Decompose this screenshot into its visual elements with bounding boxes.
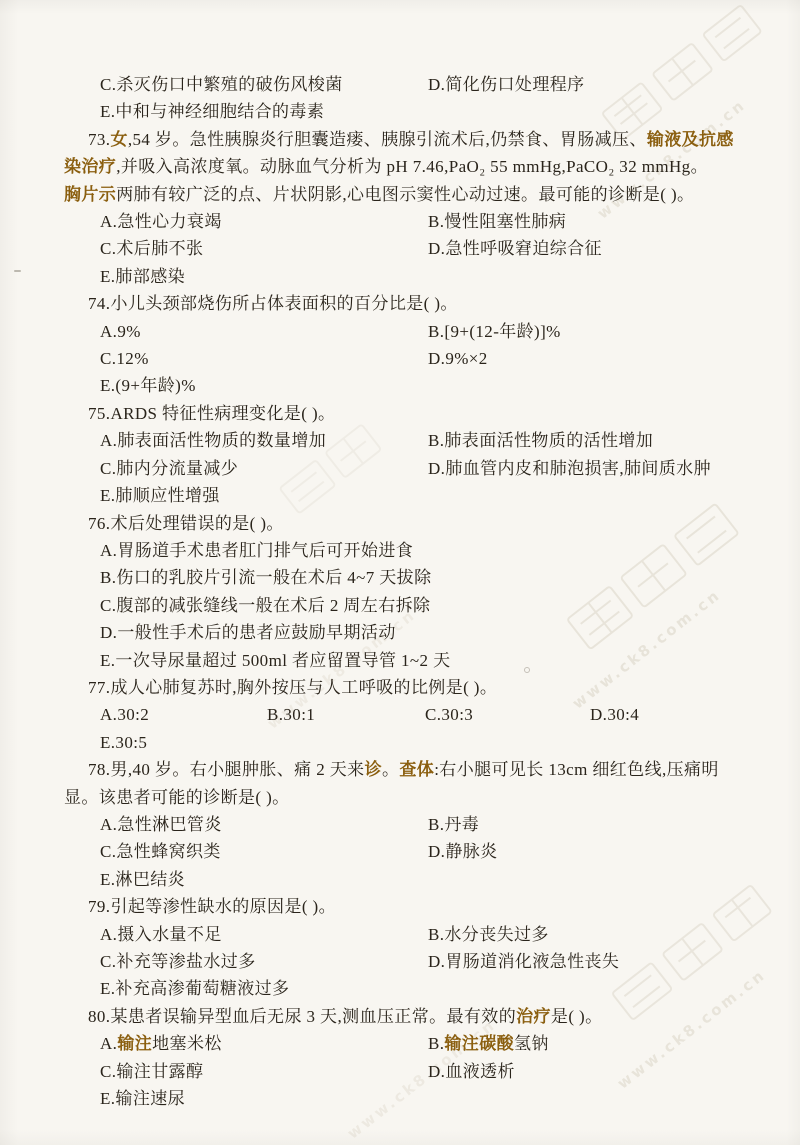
option-cell: C.输注甘露醇 <box>100 1058 203 1085</box>
text-row: 73.女,54 岁。急性胰腺炎行胆囊造瘘、胰腺引流术后,仍禁食、胃肠减压、输液及… <box>0 126 800 153</box>
text-segment: D.胃肠道消化液急性丧失 <box>428 952 619 971</box>
text-row: E.30:5 <box>0 729 800 756</box>
text-segment: C.输注甘露醇 <box>100 1062 203 1081</box>
text-segment: 77.成人心肺复苏时,胸外按压与人工呼吸的比例是( )。 <box>88 678 497 697</box>
text-segment: B. <box>428 1034 444 1053</box>
text-row: 76.术后处理错误的是( )。 <box>0 510 800 537</box>
text-row: A.急性心力衰竭B.慢性阻塞性肺病 <box>0 208 800 235</box>
accented-text: 输液及抗感 <box>647 130 734 149</box>
text-segment: C.肺内分流量减少 <box>100 459 238 478</box>
option-cell: C.腹部的减张缝线一般在术后 2 周左右拆除 <box>100 592 430 619</box>
option-cell: A.胃肠道手术患者肛门排气后可开始进食 <box>100 537 413 564</box>
question-stem-line: 78.男,40 岁。右小腿肿胀、痛 2 天来诊。查体:右小腿可见长 13cm 细… <box>88 756 719 783</box>
text-row: C.术后肺不张D.急性呼吸窘迫综合征 <box>0 235 800 262</box>
text-segment: A.30:2 <box>100 705 149 724</box>
text-row: C.腹部的减张缝线一般在术后 2 周左右拆除 <box>0 592 800 619</box>
option-cell: B.肺表面活性物质的活性增加 <box>428 427 653 454</box>
option-cell: A.输注地塞米松 <box>100 1030 222 1057</box>
text-segment: B.伤口的乳胶片引流一般在术后 4~7 天拔除 <box>100 568 432 587</box>
question-stem-line: 79.引起等渗性缺水的原因是( )。 <box>88 893 336 920</box>
text-segment: D.9%×2 <box>428 349 488 368</box>
exam-text: C.杀灭伤口中繁殖的破伤风梭菌D.简化伤口处理程序E.中和与神经细胞结合的毒素7… <box>0 71 800 1112</box>
text-row: C.肺内分流量减少D.肺血管内皮和肺泡损害,肺间质水肿 <box>0 455 800 482</box>
text-row: A.摄入水量不足B.水分丧失过多 <box>0 921 800 948</box>
option-cell: D.肺血管内皮和肺泡损害,肺间质水肿 <box>428 455 711 482</box>
question-stem-line: 73.女,54 岁。急性胰腺炎行胆囊造瘘、胰腺引流术后,仍禁食、胃肠减压、输液及… <box>88 126 734 153</box>
text-segment: C.30:3 <box>425 705 473 724</box>
text-row: C.杀灭伤口中繁殖的破伤风梭菌D.简化伤口处理程序 <box>0 71 800 98</box>
text-row: 80.某患者误输异型血后无尿 3 天,测血压正常。最有效的治疗是( )。 <box>0 1003 800 1030</box>
text-row: C.输注甘露醇D.血液透析 <box>0 1058 800 1085</box>
option-cell: E.补充高渗葡萄糖液过多 <box>100 975 289 1002</box>
text-segment: A.胃肠道手术患者肛门排气后可开始进食 <box>100 541 413 560</box>
text-row: E.肺部感染 <box>0 263 800 290</box>
option-cell: C.术后肺不张 <box>100 235 203 262</box>
option-cell: D.简化伤口处理程序 <box>428 71 585 98</box>
text-row: C.12%D.9%×2 <box>0 345 800 372</box>
accented-text: 输注碳酸 <box>444 1034 514 1053</box>
accented-text: 治疗 <box>516 1007 551 1026</box>
text-segment: A.急性淋巴管炎 <box>100 815 222 834</box>
text-segment: 是( )。 <box>551 1007 603 1026</box>
option-cell: B.丹毒 <box>428 811 479 838</box>
option-cell: B.伤口的乳胶片引流一般在术后 4~7 天拔除 <box>100 564 432 591</box>
text-segment: 显。该患者可能的诊断是( )。 <box>64 788 290 807</box>
accented-text: 诊 <box>365 760 382 779</box>
text-segment: ,并吸入高浓度氧。动脉血气分析为 pH 7.46,PaO₂ 55 mmHg,Pa… <box>116 157 708 176</box>
option-cell: E.肺部感染 <box>100 263 185 290</box>
text-segment: 地塞米松 <box>152 1034 222 1053</box>
option-cell: D.血液透析 <box>428 1058 515 1085</box>
option-cell: E.中和与神经细胞结合的毒素 <box>100 98 324 125</box>
option-cell: E.输注速尿 <box>100 1085 185 1112</box>
option-cell: C.30:3 <box>425 701 473 728</box>
accented-text: 胸片示 <box>64 185 116 204</box>
text-segment: 79.引起等渗性缺水的原因是( )。 <box>88 897 336 916</box>
text-segment: C.术后肺不张 <box>100 239 203 258</box>
text-segment: B.[9+(12-年龄)]% <box>428 322 561 341</box>
text-segment: B.肺表面活性物质的活性增加 <box>428 431 653 450</box>
text-segment: B.丹毒 <box>428 815 479 834</box>
text-row: E.一次导尿量超过 500ml 者应留置导管 1~2 天 <box>0 647 800 674</box>
text-row: A.30:2B.30:1C.30:3D.30:4 <box>0 701 800 728</box>
text-row: 77.成人心肺复苏时,胸外按压与人工呼吸的比例是( )。 <box>0 674 800 701</box>
option-cell: D.一般性手术后的患者应鼓励早期活动 <box>100 619 396 646</box>
text-segment: E.肺顺应性增强 <box>100 486 220 505</box>
text-segment: A. <box>100 1034 117 1053</box>
text-segment: D.肺血管内皮和肺泡损害,肺间质水肿 <box>428 459 711 478</box>
option-cell: E.一次导尿量超过 500ml 者应留置导管 1~2 天 <box>100 647 450 674</box>
text-segment: D.急性呼吸窘迫综合征 <box>428 239 602 258</box>
question-stem-line: 显。该患者可能的诊断是( )。 <box>64 784 290 811</box>
text-row: C.补充等渗盐水过多D.胃肠道消化液急性丧失 <box>0 948 800 975</box>
text-segment: E.肺部感染 <box>100 267 185 286</box>
text-segment: 。 <box>382 760 399 779</box>
question-stem-line: 75.ARDS 特征性病理变化是( )。 <box>88 400 335 427</box>
question-stem-line: 胸片示两肺有较广泛的点、片状阴影,心电图示窦性心动过速。最可能的诊断是( )。 <box>64 181 694 208</box>
text-row: D.一般性手术后的患者应鼓励早期活动 <box>0 619 800 646</box>
text-segment: 氢钠 <box>514 1034 549 1053</box>
text-segment: D.一般性手术后的患者应鼓励早期活动 <box>100 623 396 642</box>
option-cell: A.摄入水量不足 <box>100 921 222 948</box>
question-stem-line: 77.成人心肺复苏时,胸外按压与人工呼吸的比例是( )。 <box>88 674 497 701</box>
text-segment: B.水分丧失过多 <box>428 925 549 944</box>
option-cell: D.急性呼吸窘迫综合征 <box>428 235 602 262</box>
text-segment: 80.某患者误输异型血后无尿 3 天,测血压正常。最有效的 <box>88 1007 516 1026</box>
option-cell: C.急性蜂窝织类 <box>100 838 221 865</box>
option-cell: A.肺表面活性物质的数量增加 <box>100 427 326 454</box>
text-row: 74.小儿头颈部烧伤所占体表面积的百分比是( )。 <box>0 290 800 317</box>
text-row: E.淋巴结炎 <box>0 866 800 893</box>
text-segment: E.中和与神经细胞结合的毒素 <box>100 102 324 121</box>
text-segment: D.血液透析 <box>428 1062 515 1081</box>
accented-text: 输注 <box>117 1034 152 1053</box>
question-stem-line: 80.某患者误输异型血后无尿 3 天,测血压正常。最有效的治疗是( )。 <box>88 1003 603 1030</box>
question-stem-line: 染治疗,并吸入高浓度氧。动脉血气分析为 pH 7.46,PaO₂ 55 mmHg… <box>64 153 708 180</box>
text-row: 胸片示两肺有较广泛的点、片状阴影,心电图示窦性心动过速。最可能的诊断是( )。 <box>0 181 800 208</box>
text-segment: C.补充等渗盐水过多 <box>100 952 256 971</box>
accented-text: 女 <box>110 130 127 149</box>
text-row: 染治疗,并吸入高浓度氧。动脉血气分析为 pH 7.46,PaO₂ 55 mmHg… <box>0 153 800 180</box>
option-cell: D.9%×2 <box>428 345 488 372</box>
text-segment: A.肺表面活性物质的数量增加 <box>100 431 326 450</box>
text-segment: 78.男,40 岁。右小腿肿胀、痛 2 天来 <box>88 760 365 779</box>
text-row: A.急性淋巴管炎B.丹毒 <box>0 811 800 838</box>
option-cell: E.30:5 <box>100 729 147 756</box>
text-row: A.输注地塞米松B.输注碳酸氢钠 <box>0 1030 800 1057</box>
text-row: E.中和与神经细胞结合的毒素 <box>0 98 800 125</box>
text-row: 79.引起等渗性缺水的原因是( )。 <box>0 893 800 920</box>
text-segment: A.9% <box>100 322 141 341</box>
option-cell: A.急性淋巴管炎 <box>100 811 222 838</box>
option-cell: C.12% <box>100 345 149 372</box>
option-cell: D.胃肠道消化液急性丧失 <box>428 948 619 975</box>
text-segment: E.输注速尿 <box>100 1089 185 1108</box>
question-stem-line: 74.小儿头颈部烧伤所占体表面积的百分比是( )。 <box>88 290 458 317</box>
text-segment: :右小腿可见长 13cm 细红色线,压痛明 <box>434 760 719 779</box>
text-segment: E.30:5 <box>100 733 147 752</box>
text-segment: E.一次导尿量超过 500ml 者应留置导管 1~2 天 <box>100 651 450 670</box>
option-cell: A.9% <box>100 318 141 345</box>
text-segment: C.12% <box>100 349 149 368</box>
text-row: 显。该患者可能的诊断是( )。 <box>0 784 800 811</box>
text-row: A.胃肠道手术患者肛门排气后可开始进食 <box>0 537 800 564</box>
option-cell: A.急性心力衰竭 <box>100 208 222 235</box>
option-cell: B.慢性阻塞性肺病 <box>428 208 566 235</box>
option-cell: C.肺内分流量减少 <box>100 455 238 482</box>
text-segment: A.急性心力衰竭 <box>100 212 222 231</box>
option-cell: B.水分丧失过多 <box>428 921 549 948</box>
text-row: E.肺顺应性增强 <box>0 482 800 509</box>
option-cell: E.肺顺应性增强 <box>100 482 220 509</box>
text-segment: 73. <box>88 130 110 149</box>
text-segment: E.补充高渗葡萄糖液过多 <box>100 979 289 998</box>
text-segment: ,54 岁。急性胰腺炎行胆囊造瘘、胰腺引流术后,仍禁食、胃肠减压、 <box>128 130 647 149</box>
option-cell: C.补充等渗盐水过多 <box>100 948 256 975</box>
text-segment: D.简化伤口处理程序 <box>428 75 585 94</box>
option-cell: B.输注碳酸氢钠 <box>428 1030 549 1057</box>
text-segment: D.静脉炎 <box>428 842 498 861</box>
text-row: E.(9+年龄)% <box>0 372 800 399</box>
text-row: C.急性蜂窝织类D.静脉炎 <box>0 838 800 865</box>
option-cell: E.淋巴结炎 <box>100 866 185 893</box>
text-segment: 76.术后处理错误的是( )。 <box>88 514 284 533</box>
text-row: E.补充高渗葡萄糖液过多 <box>0 975 800 1002</box>
text-segment: 两肺有较广泛的点、片状阴影,心电图示窦性心动过速。最可能的诊断是( )。 <box>116 185 694 204</box>
text-row: E.输注速尿 <box>0 1085 800 1112</box>
text-segment: C.腹部的减张缝线一般在术后 2 周左右拆除 <box>100 596 430 615</box>
text-segment: D.30:4 <box>590 705 639 724</box>
option-cell: B.30:1 <box>267 701 315 728</box>
text-segment: E.淋巴结炎 <box>100 870 185 889</box>
option-cell: D.30:4 <box>590 701 639 728</box>
text-row: 75.ARDS 特征性病理变化是( )。 <box>0 400 800 427</box>
option-cell: E.(9+年龄)% <box>100 372 196 399</box>
option-cell: B.[9+(12-年龄)]% <box>428 318 561 345</box>
text-segment: 74.小儿头颈部烧伤所占体表面积的百分比是( )。 <box>88 294 458 313</box>
accented-text: 染治疗 <box>64 157 116 176</box>
text-segment: 75.ARDS 特征性病理变化是( )。 <box>88 404 335 423</box>
text-segment: A.摄入水量不足 <box>100 925 222 944</box>
option-cell: D.静脉炎 <box>428 838 498 865</box>
text-row: 78.男,40 岁。右小腿肿胀、痛 2 天来诊。查体:右小腿可见长 13cm 细… <box>0 756 800 783</box>
text-segment: C.急性蜂窝织类 <box>100 842 221 861</box>
text-segment: E.(9+年龄)% <box>100 376 196 395</box>
accented-text: 查体 <box>399 760 434 779</box>
text-segment: C.杀灭伤口中繁殖的破伤风梭菌 <box>100 75 343 94</box>
text-row: A.9%B.[9+(12-年龄)]% <box>0 318 800 345</box>
text-row: A.肺表面活性物质的数量增加B.肺表面活性物质的活性增加 <box>0 427 800 454</box>
text-segment: B.30:1 <box>267 705 315 724</box>
question-stem-line: 76.术后处理错误的是( )。 <box>88 510 284 537</box>
option-cell: C.杀灭伤口中繁殖的破伤风梭菌 <box>100 71 343 98</box>
option-cell: A.30:2 <box>100 701 149 728</box>
text-segment: B.慢性阻塞性肺病 <box>428 212 566 231</box>
text-row: B.伤口的乳胶片引流一般在术后 4~7 天拔除 <box>0 564 800 591</box>
scanned-exam-page: { "page": { "width": 800, "height": 1145… <box>0 0 800 1145</box>
